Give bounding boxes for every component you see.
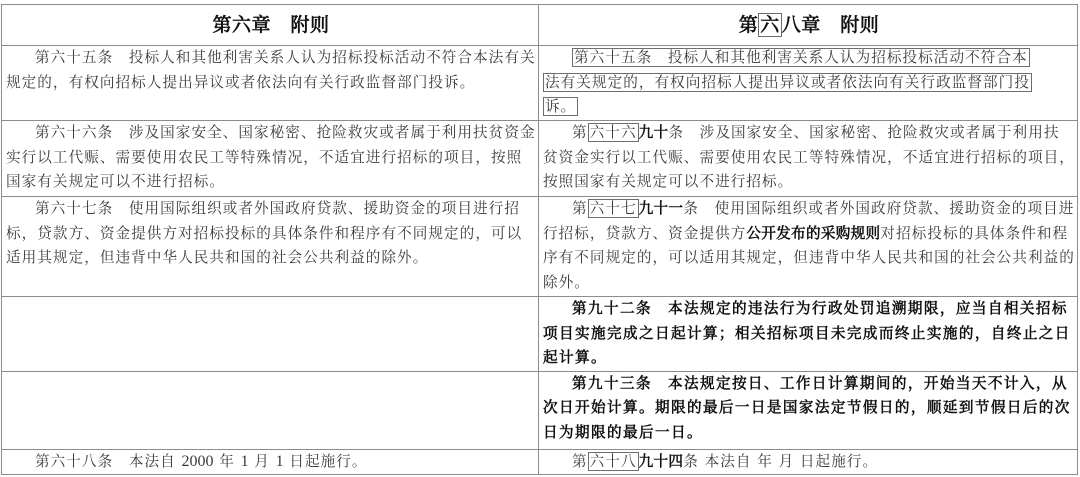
right-column-title: 第六八章 附则 [539,5,1078,46]
table-row: 第六十六条 涉及国家安全、国家秘密、抢险救灾或者属于利用扶贫资金实行以工代赈、需… [2,121,1078,197]
table-row: 第六十五条 投标人和其他利害关系人认为招标投标活动不符合本法有关规定的，有权向招… [2,46,1078,121]
table-row: 第六十七条 使用国际组织或者外国政府贷款、援助资金的项目进行招标，贷款方、资金提… [2,197,1078,297]
title-suffix: 章 附则 [801,14,879,36]
new-article-94: 第六十八九十四条 本法自 年 月 日起施行。 [539,449,1078,474]
new-article-92: 第九十二条 本法规定的违法行为行政处罚追溯期限，应当自相关招标项目实施完成之日起… [539,297,1078,372]
empty-old-cell [2,297,539,372]
inserted-text: 八 [782,14,802,36]
inserted-text: 九十 [639,124,669,141]
new-article-91: 第六十七九十一条 使用国际组织或者外国政府贷款、援助资金的项目进行招标，贷款方、… [539,197,1078,297]
deleted-text: 六十六 [588,123,639,142]
title-prefix: 第 [739,14,759,36]
month-value: 1 [241,453,249,470]
deleted-text: 六 [758,13,782,37]
deleted-text: 第六十五条 投标人和其他利害关系人认为招标投标活动不符合本 [572,48,1030,67]
old-article-67: 第六十七条 使用国际组织或者外国政府贷款、援助资金的项目进行招标，贷款方、资金提… [2,197,539,297]
empty-old-cell [2,371,539,449]
inserted-text: 第九十三条 本法规定按日、工作日计算期间的，开始当天不计入，从次日开始计算。期限… [543,375,1071,441]
comparison-table: 第六章 附则 第六八章 附则 第六十五条 投标人和其他利害关系人认为招标投标活动… [1,4,1078,475]
inserted-text: 第九十二条 本法规定的违法行为行政处罚追溯期限，应当自相关招标项目实施完成之日起… [543,300,1071,366]
new-article-90: 第六十六九十条 涉及国家安全、国家秘密、抢险救灾或者属于利用扶贫资金实行以工代赈… [539,121,1078,197]
header-row: 第六章 附则 第六八章 附则 [2,5,1078,46]
table-row: 第九十二条 本法规定的违法行为行政处罚追溯期限，应当自相关招标项目实施完成之日起… [2,297,1078,372]
table-row: 第九十三条 本法规定按日、工作日计算期间的，开始当天不计入，从次日开始计算。期限… [2,371,1078,449]
old-article-68: 第六十八条 本法自 2000 年 1 月 1 日起施行。 [2,449,539,474]
old-article-65: 第六十五条 投标人和其他利害关系人认为招标投标活动不符合本法有关规定的，有权向招… [2,46,539,121]
year-value: 2000 [182,453,214,470]
deleted-text: 六十七 [588,199,639,218]
inserted-text: 九十一 [639,200,684,217]
table-row: 第六十八条 本法自 2000 年 1 月 1 日起施行。 第六十八九十四条 本法… [2,449,1078,474]
day-value: 1 [276,453,284,470]
deleted-text: 法有关规定的，有权向招标人提出异议或者依法向有关行政监督部门投 [543,73,1032,92]
deleted-text: 六十八 [588,452,639,471]
new-article-65-deleted: 第六十五条 投标人和其他利害关系人认为招标投标活动不符合本法有关规定的，有权向招… [539,46,1078,121]
new-article-93: 第九十三条 本法规定按日、工作日计算期间的，开始当天不计入，从次日开始计算。期限… [539,371,1078,449]
inserted-text: 公开发布的采购规则 [746,225,880,242]
left-column-title: 第六章 附则 [2,5,539,46]
old-article-66: 第六十六条 涉及国家安全、国家秘密、抢险救灾或者属于利用扶贫资金实行以工代赈、需… [2,121,539,197]
deleted-text: 诉。 [543,97,578,116]
inserted-text: 九十四 [639,453,684,470]
